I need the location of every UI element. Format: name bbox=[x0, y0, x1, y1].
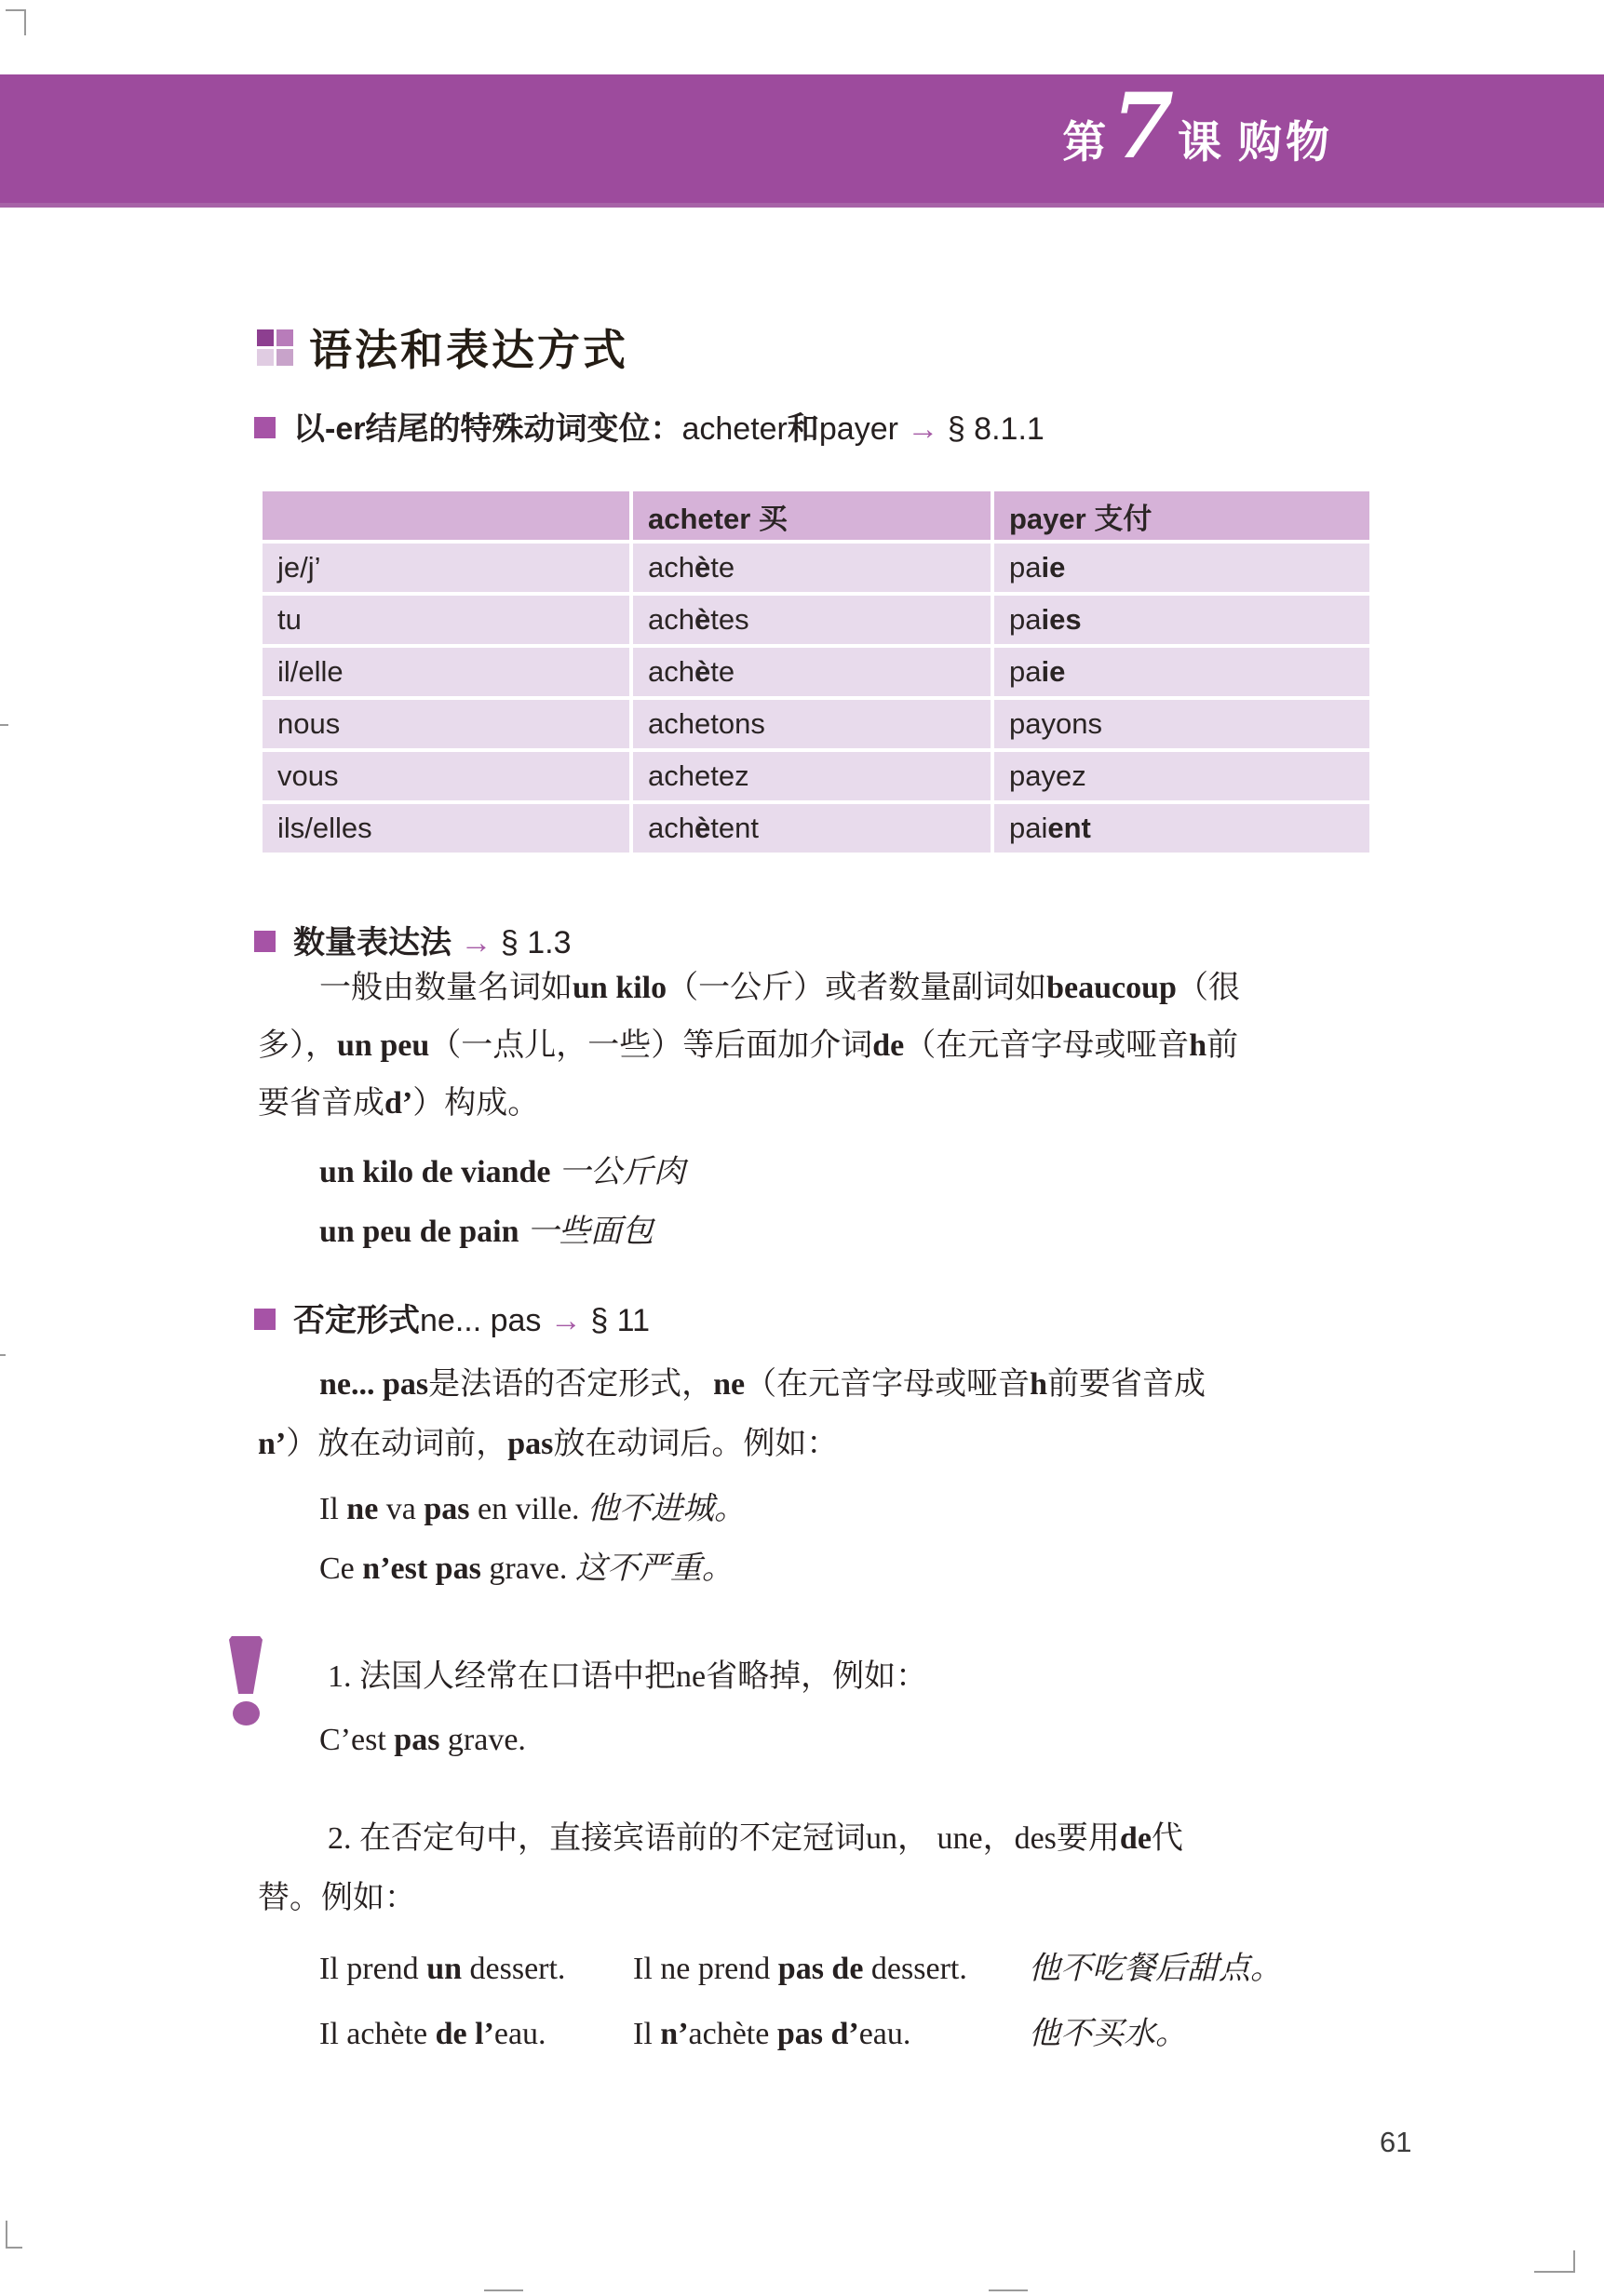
text-segment: ies bbox=[1041, 603, 1081, 636]
text-segment: va bbox=[378, 1492, 424, 1526]
example-line: Ce n’est pas grave. 这不严重。 bbox=[319, 1549, 734, 1590]
lesson-suffix: 课 bbox=[1178, 117, 1223, 167]
text-segment: Il achète bbox=[319, 2017, 436, 2051]
text-segment: n’ bbox=[660, 2017, 688, 2051]
text-segment: ）构成。 bbox=[412, 1086, 539, 1121]
payer-cell: payez bbox=[994, 752, 1369, 800]
text-segment: 是法语的否定形式， bbox=[428, 1367, 713, 1402]
crop-mark bbox=[484, 2289, 523, 2291]
acheter-header-cell: acheter 买 bbox=[633, 491, 991, 540]
table-row: il/elle achète paie bbox=[263, 648, 1369, 696]
text-segment: ne bbox=[676, 1659, 706, 1694]
text-segment: un bbox=[426, 1952, 462, 1986]
pronoun-cell: ils/elles bbox=[263, 804, 629, 853]
text-segment: pas bbox=[424, 1492, 469, 1526]
table-row: tu achètes paies bbox=[263, 596, 1369, 644]
crop-mark bbox=[24, 9, 26, 35]
paragraph-line: 一般由数量名词如un kilo（一公斤）或者数量副词如beaucoup（很 bbox=[319, 968, 1240, 1009]
lesson-prefix: 第 bbox=[1062, 117, 1108, 167]
crop-mark bbox=[6, 2247, 22, 2249]
example-line: un kilo de viande 一公斤肉 bbox=[319, 1152, 685, 1193]
example-line: Il ne va pas en ville. 他不进城。 bbox=[319, 1489, 746, 1530]
text-segment: grave. bbox=[481, 1551, 575, 1586]
text-segment: pa bbox=[1009, 655, 1041, 688]
text-segment: payons bbox=[1009, 707, 1102, 740]
textbook-page: 第7课购物 语法和表达方式 以-er结尾的特殊动词变位：acheter和paye… bbox=[0, 0, 1604, 2296]
text-segment: ， bbox=[983, 1821, 1015, 1856]
text-segment: un bbox=[866, 1821, 897, 1856]
text-segment: acheter 买 bbox=[648, 503, 788, 535]
exclamation-dot bbox=[233, 1701, 260, 1725]
text-segment: 一些面包 bbox=[519, 1215, 654, 1249]
text-segment: 他不买水。 bbox=[1029, 2017, 1187, 2051]
text-segment: § 8.1.1 bbox=[938, 411, 1044, 447]
text-segment: è bbox=[694, 551, 710, 584]
bullet-square-icon bbox=[254, 931, 276, 952]
text-segment: ）放在动词前， bbox=[286, 1427, 507, 1461]
text-segment: h bbox=[1030, 1367, 1047, 1402]
text-segment: pas bbox=[436, 1551, 481, 1586]
icon-square bbox=[276, 329, 293, 346]
text-segment: 一公斤肉 bbox=[550, 1155, 685, 1189]
text-segment: C’est bbox=[319, 1723, 394, 1757]
text-segment: pas d’ bbox=[777, 2017, 859, 2051]
text-segment: ne... pas bbox=[319, 1367, 428, 1402]
topic-heading-text: 否定形式ne... pas → § 11 bbox=[293, 1301, 650, 1340]
text-segment: une bbox=[937, 1821, 983, 1856]
text-segment: （在元音字母或哑音 bbox=[904, 1028, 1189, 1063]
corner-cell bbox=[263, 491, 629, 540]
example-negative: Il ne prend pas de dessert. bbox=[633, 1949, 967, 1990]
text-segment: pa bbox=[1009, 551, 1041, 584]
text-segment: ach bbox=[648, 655, 694, 688]
payer-cell: paie bbox=[994, 648, 1369, 696]
text-segment: → bbox=[460, 925, 492, 960]
table-row: je/j’ achète paie bbox=[263, 544, 1369, 592]
text-segment: ent bbox=[1047, 812, 1091, 844]
payer-cell: paie bbox=[994, 544, 1369, 592]
text-segment: payer 支付 bbox=[1009, 503, 1152, 535]
text-segment: te bbox=[710, 551, 735, 584]
example-translation: 他不吃餐后甜点。 bbox=[1029, 1949, 1282, 1990]
grid-squares-icon bbox=[257, 329, 293, 366]
example-affirmative: Il achète de l’eau. bbox=[319, 2014, 546, 2055]
text-segment: 这不严重。 bbox=[575, 1551, 734, 1586]
text-segment: pas bbox=[394, 1723, 439, 1757]
text-segment: de bbox=[1120, 1821, 1152, 1856]
text-segment: Il bbox=[319, 1492, 346, 1526]
crop-mark bbox=[6, 9, 26, 11]
table-row: ils/elles achètent paient bbox=[263, 804, 1369, 853]
table-row: vous achetez payez bbox=[263, 752, 1369, 800]
lesson-title: 购物 bbox=[1238, 117, 1333, 167]
text-segment: ach bbox=[648, 812, 694, 844]
text-segment: § 11 bbox=[582, 1303, 650, 1338]
text-segment: （一公斤）或者数量副词如 bbox=[667, 971, 1046, 1005]
text-segment: payer bbox=[819, 411, 908, 447]
paragraph-line: 要省音成d’）构成。 bbox=[258, 1083, 539, 1124]
text-segment: ach bbox=[648, 551, 694, 584]
text-segment: un kilo de viande bbox=[319, 1155, 550, 1189]
payer-cell: paient bbox=[994, 804, 1369, 853]
text-segment: 前 bbox=[1206, 1028, 1238, 1063]
payer-header-cell: payer 支付 bbox=[994, 491, 1369, 540]
example-affirmative: Il prend un dessert. bbox=[319, 1949, 565, 1990]
payer-cell: paies bbox=[994, 596, 1369, 644]
text-segment: 代 bbox=[1152, 1821, 1183, 1856]
example-negative: Il n’achète pas d’eau. bbox=[633, 2014, 910, 2055]
text-segment: grave. bbox=[439, 1723, 526, 1757]
text-segment: → bbox=[550, 1303, 582, 1338]
crop-mark bbox=[989, 2289, 1028, 2291]
crop-mark bbox=[6, 2221, 7, 2249]
text-segment: è bbox=[694, 655, 710, 688]
text-segment: acheter bbox=[681, 411, 787, 447]
text-segment: 前要省音成 bbox=[1047, 1367, 1206, 1402]
text-segment: 要用 bbox=[1057, 1821, 1120, 1856]
text-segment: 放在动词后。例如： bbox=[553, 1427, 838, 1461]
text-segment: tes bbox=[710, 603, 748, 636]
note-item: 1. 法国人经常在口语中把ne省略掉，例如： bbox=[328, 1657, 927, 1698]
text-segment: 和 bbox=[788, 411, 819, 447]
topic-heading-text: 数量表达法 → § 1.3 bbox=[293, 923, 572, 962]
text-segment: 省略掉，例如： bbox=[706, 1659, 927, 1694]
text-segment: 1. 法国人经常在口语中把 bbox=[328, 1659, 676, 1694]
bullet-square-icon bbox=[254, 417, 276, 438]
text-segment: un kilo bbox=[573, 971, 667, 1005]
text-segment: pai bbox=[1009, 812, 1047, 844]
lesson-banner-text: 第7课购物 bbox=[1062, 74, 1333, 179]
text-segment: d’ bbox=[384, 1086, 412, 1121]
text-segment bbox=[427, 1551, 436, 1586]
text-segment: des bbox=[1015, 1821, 1057, 1856]
bullet-square-icon bbox=[254, 1309, 276, 1330]
text-segment: Ce bbox=[319, 1551, 362, 1586]
icon-square bbox=[257, 329, 274, 346]
text-segment: 否定形式 bbox=[293, 1303, 420, 1338]
acheter-cell: achètes bbox=[633, 596, 991, 644]
text-segment: Il prend bbox=[319, 1952, 426, 1986]
text-segment: dessert. bbox=[863, 1952, 966, 1986]
text-segment: 一般由数量名词如 bbox=[319, 971, 573, 1005]
text-segment: 他不吃餐后甜点。 bbox=[1029, 1952, 1282, 1986]
lesson-banner: 第7课购物 bbox=[0, 74, 1604, 208]
text-segment: achète bbox=[689, 2017, 777, 2051]
payer-cell: payons bbox=[994, 700, 1369, 748]
text-segment: è bbox=[694, 812, 710, 844]
text-segment: tent bbox=[710, 812, 759, 844]
section-title: 语法和表达方式 bbox=[309, 316, 628, 378]
crop-mark bbox=[1573, 2250, 1575, 2273]
text-segment: 以-er结尾的特殊动词变位： bbox=[293, 411, 681, 447]
text-segment: eau. bbox=[859, 2017, 911, 2051]
table-row: nous achetons payons bbox=[263, 700, 1369, 748]
text-segment: 数量表达法 bbox=[293, 925, 460, 960]
text-segment: de l’ bbox=[436, 2017, 494, 2051]
text-segment: 2. 在否定句中，直接宾语前的不定冠词 bbox=[328, 1821, 866, 1856]
text-segment: dessert. bbox=[462, 1952, 565, 1986]
page-number: 61 bbox=[1380, 2126, 1411, 2159]
paragraph-line: ne... pas是法语的否定形式，ne（在元音字母或哑音h前要省音成 bbox=[319, 1364, 1206, 1405]
text-segment: achetons bbox=[648, 707, 765, 740]
crop-mark bbox=[1534, 2271, 1575, 2273]
table-header-row: acheter 买 payer 支付 bbox=[263, 491, 1369, 540]
text-segment: payez bbox=[1009, 759, 1086, 792]
text-segment: 替。例如： bbox=[258, 1881, 416, 1915]
pronoun-cell: il/elle bbox=[263, 648, 629, 696]
topic-heading-text: 以-er结尾的特殊动词变位：acheter和payer → § 8.1.1 bbox=[293, 410, 1045, 449]
text-segment: Il bbox=[633, 2017, 660, 2051]
note-item: 2. 在否定句中，直接宾语前的不定冠词un， une，des要用de代 bbox=[328, 1819, 1183, 1860]
text-segment: eau. bbox=[494, 2017, 546, 2051]
text-segment: （一点儿，一些）等后面加介词 bbox=[429, 1028, 872, 1063]
text-segment: Il ne prend bbox=[633, 1952, 778, 1986]
text-segment: beaucoup bbox=[1046, 971, 1177, 1005]
example-translation: 他不买水。 bbox=[1029, 2014, 1187, 2055]
text-segment: § 1.3 bbox=[492, 925, 571, 960]
text-segment: n’est bbox=[362, 1551, 427, 1586]
text-segment: → bbox=[907, 411, 938, 447]
text-segment: h bbox=[1189, 1028, 1206, 1063]
icon-square bbox=[257, 349, 274, 366]
text-segment: pas bbox=[507, 1427, 553, 1461]
pronoun-cell: vous bbox=[263, 752, 629, 800]
pronoun-cell: nous bbox=[263, 700, 629, 748]
example-line: un peu de pain 一些面包 bbox=[319, 1212, 654, 1253]
crop-mark bbox=[0, 724, 8, 726]
text-segment: pa bbox=[1009, 603, 1041, 636]
text-segment: te bbox=[710, 655, 735, 688]
pronoun-cell: je/j’ bbox=[263, 544, 629, 592]
icon-square bbox=[276, 349, 293, 366]
text-segment: un peu de pain bbox=[319, 1215, 519, 1249]
conjugation-table: acheter 买 payer 支付 je/j’ achète paie tu … bbox=[259, 488, 1373, 856]
example-line: C’est pas grave. bbox=[319, 1720, 526, 1761]
exclamation-icon bbox=[227, 1636, 264, 1729]
exclamation-bar bbox=[229, 1636, 263, 1694]
text-segment: ie bbox=[1041, 655, 1065, 688]
acheter-cell: achetez bbox=[633, 752, 991, 800]
acheter-cell: achètent bbox=[633, 804, 991, 853]
text-segment: achetez bbox=[648, 759, 749, 792]
text-segment: è bbox=[694, 603, 710, 636]
text-segment: pas de bbox=[778, 1952, 864, 1986]
paragraph-line: n’）放在动词前，pas放在动词后。例如： bbox=[258, 1424, 838, 1465]
text-segment: 要省音成 bbox=[258, 1086, 384, 1121]
text-segment: ne bbox=[346, 1492, 378, 1526]
paragraph-line: 多），un peu（一点儿，一些）等后面加介词de（在元音字母或哑音h前 bbox=[258, 1026, 1238, 1067]
text-segment: n’ bbox=[258, 1427, 286, 1461]
text-segment: （很 bbox=[1177, 971, 1240, 1005]
lesson-number: 7 bbox=[1112, 74, 1174, 179]
acheter-cell: achète bbox=[633, 648, 991, 696]
text-segment: 他不进城。 bbox=[587, 1492, 746, 1526]
text-segment: ne bbox=[713, 1367, 745, 1402]
note-item: 替。例如： bbox=[258, 1878, 416, 1919]
text-segment: en ville. bbox=[470, 1492, 588, 1526]
text-segment: ach bbox=[648, 603, 694, 636]
text-segment: ， bbox=[897, 1821, 937, 1856]
text-segment: un peu bbox=[337, 1028, 429, 1063]
crop-mark bbox=[0, 1354, 6, 1356]
text-segment: ne... pas bbox=[420, 1303, 550, 1338]
text-segment: de bbox=[872, 1028, 904, 1063]
acheter-cell: achète bbox=[633, 544, 991, 592]
text-segment: （在元音字母或哑音 bbox=[745, 1367, 1030, 1402]
pronoun-cell: tu bbox=[263, 596, 629, 644]
text-segment: ie bbox=[1041, 551, 1065, 584]
acheter-cell: achetons bbox=[633, 700, 991, 748]
text-segment: 多）， bbox=[258, 1028, 337, 1063]
